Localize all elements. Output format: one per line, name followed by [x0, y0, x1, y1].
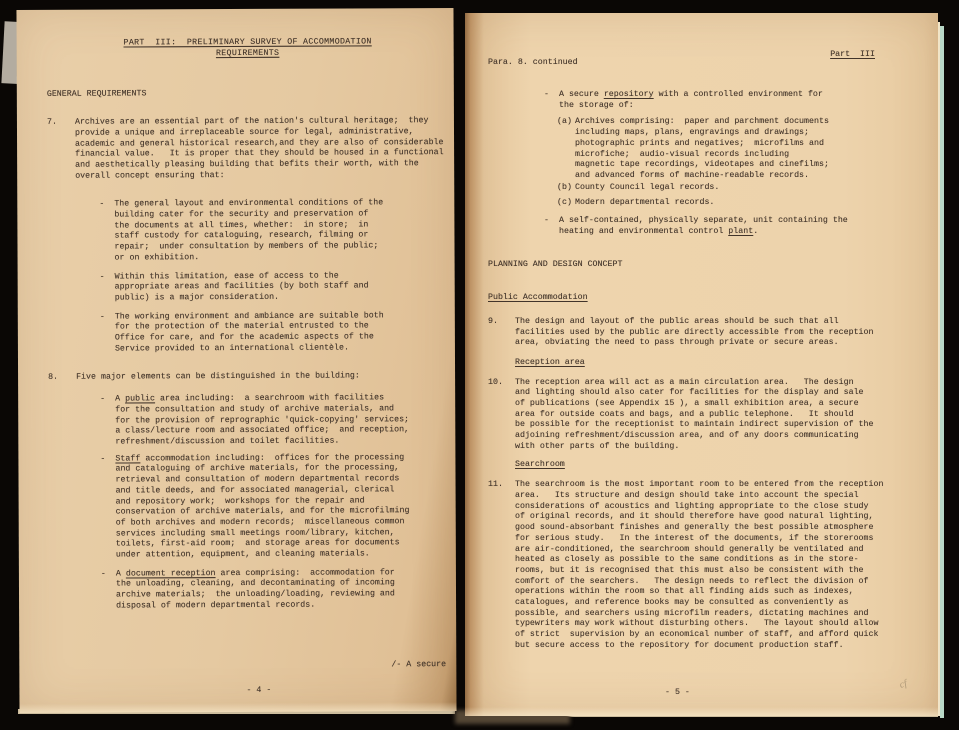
storage-item-label: (b)	[557, 183, 575, 194]
bullet-dash: -	[99, 200, 114, 264]
header-part-iii: Part III	[830, 50, 875, 61]
planning-design-heading: PLANNING AND DESIGN CONCEPT	[488, 260, 926, 271]
paragraph-7: 7. Archives are an essential part of the…	[47, 116, 449, 182]
header-para-continued: Para. 8. continued	[488, 58, 578, 69]
bullet-secure-repository: - A secure repository with a controlled …	[544, 90, 926, 111]
bullet-dash: -	[544, 90, 559, 111]
paragraph-7-number: 7.	[47, 118, 75, 182]
bullet-text: Staff accommodation including: offices f…	[115, 453, 450, 561]
bullet-public-area: - A public area including: a searchroom …	[100, 393, 450, 448]
bullet-dash: -	[544, 216, 559, 237]
bullet-staff-accommodation: - Staff accommodation including: offices…	[100, 453, 450, 562]
bullet-text: The working environment and ambiance are…	[115, 311, 450, 355]
paragraph-9-text: The design and layout of the public area…	[515, 317, 926, 349]
right-page-content: - A secure repository with a controlled …	[488, 90, 926, 652]
storage-item-c: (c) Modern departmental records.	[557, 198, 926, 209]
bullet-text: A self-contained, physically separate, u…	[559, 216, 926, 237]
storage-item-a: (a) Archives comprising: paper and parch…	[557, 117, 926, 181]
bullet-text: A document reception area comprising: ac…	[116, 568, 451, 612]
left-page-number: - 4 -	[246, 686, 271, 697]
catchword-next-page: /- A secure	[391, 660, 446, 671]
bullet-text: A public area including: a searchroom wi…	[115, 393, 450, 448]
paragraph-11: 11. The searchroom is the most important…	[488, 480, 926, 651]
bullet-dash: -	[100, 312, 115, 355]
paragraph-10-text: The reception area will act as a main ci…	[515, 378, 926, 453]
left-page: PART III: PRELIMINARY SURVEY OF ACCOMMOD…	[16, 8, 456, 713]
paragraph-8-number: 8.	[48, 373, 76, 384]
storage-item-b: (b) County Council legal records.	[557, 183, 926, 194]
paragraph-11-number: 11.	[488, 480, 515, 651]
bullet-control-plant: - A self-contained, physically separate,…	[544, 216, 926, 237]
public-accommodation-subheading: Public Accommodation	[488, 293, 926, 304]
paragraph-9: 9. The design and layout of the public a…	[488, 317, 926, 349]
searchroom-subheading: Searchroom	[515, 460, 926, 471]
bullet-text: Within this limitation, ease of access t…	[115, 271, 450, 305]
right-page: Para. 8. continued Part III - A secure r…	[465, 13, 938, 716]
bullet-general-layout: - The general layout and environmental c…	[99, 198, 449, 264]
bullet-dash: -	[101, 569, 116, 612]
part-iii-title: PART III: PRELIMINARY SURVEY OF ACCOMMOD…	[47, 37, 449, 60]
right-page-number: - 5 -	[665, 688, 690, 699]
paragraph-11-text: The searchroom is the most important roo…	[515, 480, 926, 651]
bullet-dash: -	[100, 454, 115, 561]
bullet-text: The general layout and environmental con…	[114, 198, 449, 264]
general-requirements-heading: GENERAL REQUIREMENTS	[47, 88, 449, 100]
paragraph-9-number: 9.	[488, 317, 515, 349]
bullet-ease-of-access: - Within this limitation, ease of access…	[100, 271, 450, 305]
left-page-content: PART III: PRELIMINARY SURVEY OF ACCOMMOD…	[47, 37, 451, 612]
pencil-annotation: cf	[899, 679, 909, 691]
paragraph-10: 10. The reception area will act as a mai…	[488, 378, 926, 453]
paragraph-8: 8. Five major elements can be distinguis…	[48, 372, 450, 384]
reception-area-subheading: Reception area	[515, 358, 926, 369]
storage-item-label: (c)	[557, 198, 575, 209]
bullet-dash: -	[100, 395, 115, 449]
paragraph-8-text: Five major elements can be distinguished…	[76, 372, 450, 384]
bullet-dash: -	[100, 272, 115, 304]
storage-item-text: Modern departmental records.	[575, 198, 926, 209]
bullet-text: A secure repository with a controlled en…	[559, 90, 926, 111]
paragraph-10-number: 10.	[488, 378, 515, 453]
paragraph-7-text: Archives are an essential part of the na…	[75, 116, 449, 182]
storage-item-label: (a)	[557, 117, 575, 181]
page-stack-edge-teal	[940, 26, 944, 718]
bullet-document-reception: - A document reception area comprising: …	[101, 568, 451, 612]
storage-item-text: County Council legal records.	[575, 183, 926, 194]
bullet-working-environment: - The working environment and ambiance a…	[100, 311, 450, 355]
storage-item-text: Archives comprising: paper and parchment…	[575, 117, 926, 181]
